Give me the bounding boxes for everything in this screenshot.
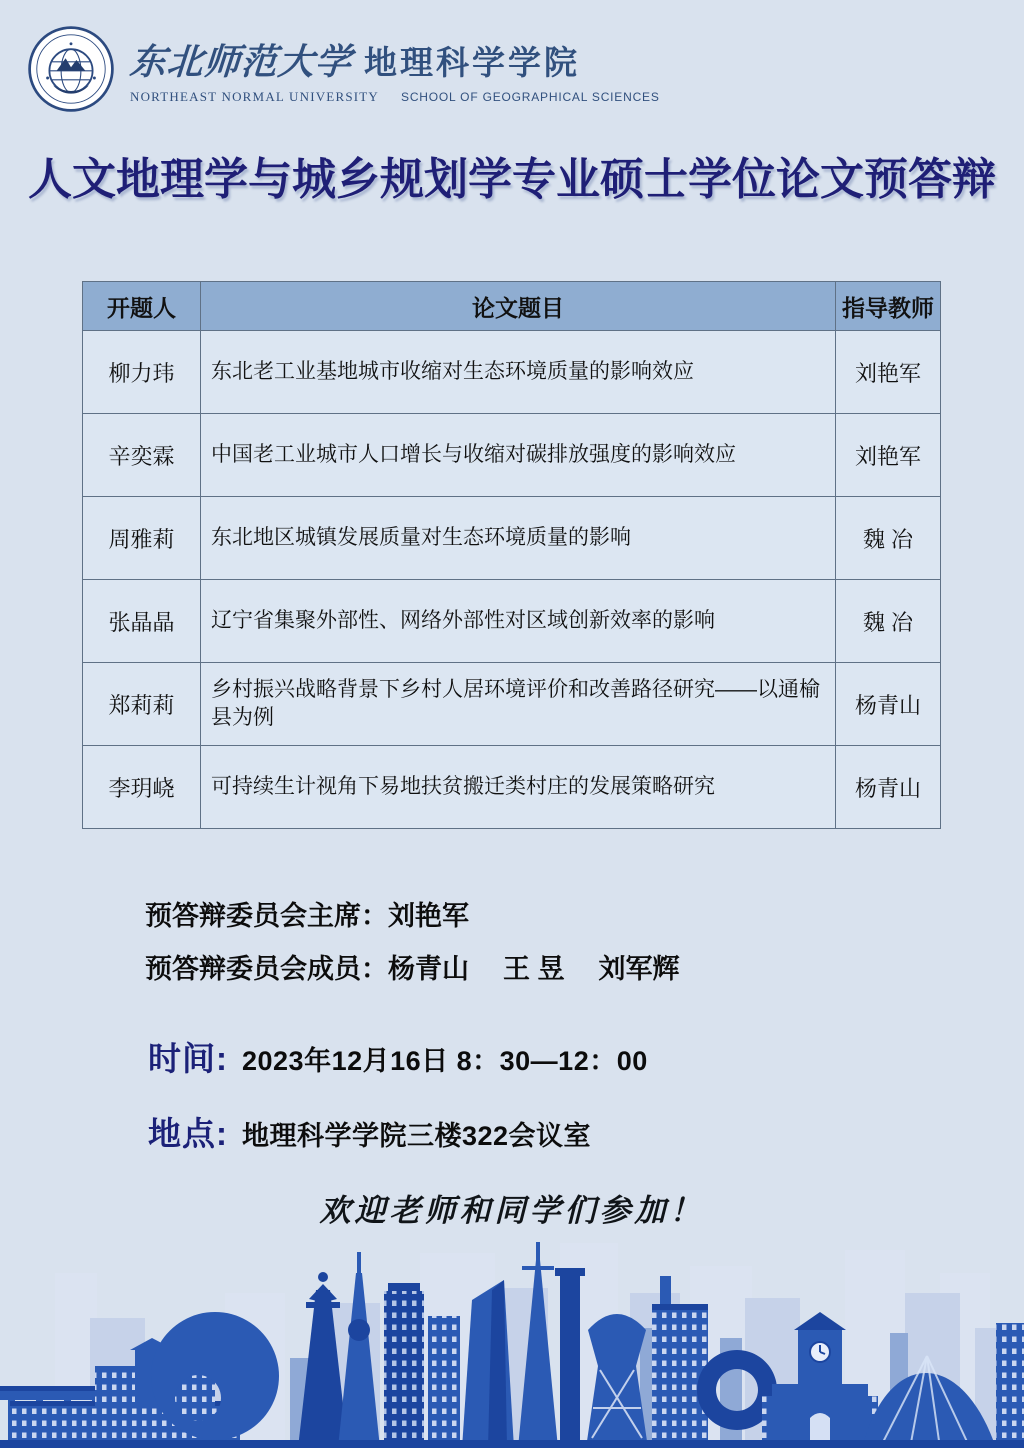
- advisor-name: 魏 冶: [836, 497, 941, 580]
- header-thesis-title: 论文题目: [201, 282, 836, 331]
- thesis-title: 可持续生计视角下易地扶贫搬迁类村庄的发展策略研究: [201, 746, 836, 829]
- committee-block: 预答辩委员会主席：刘艳军 预答辩委员会成员：杨青山王 昱刘军辉: [145, 903, 680, 983]
- table-row: 周雅莉 东北地区城镇发展质量对生态环境质量的影响 魏 冶: [83, 497, 941, 580]
- presenter-name: 周雅莉: [83, 497, 201, 580]
- table-row: 李玥峣 可持续生计视角下易地扶贫搬迁类村庄的发展策略研究 杨青山: [83, 746, 941, 829]
- thesis-title: 中国老工业城市人口增长与收缩对碳排放强度的影响效应: [201, 414, 836, 497]
- presenter-name: 张晶晶: [83, 580, 201, 663]
- advisor-name: 杨青山: [836, 663, 941, 746]
- college-name-en: SCHOOL OF GEOGRAPHICAL SCIENCES: [401, 89, 660, 105]
- committee-chair-line: 预答辩委员会主席：刘艳军: [145, 903, 680, 930]
- schedule-block: 时间: 2023年12月16日 8：30—12：00 地点: 地理科学学院三楼3…: [148, 1033, 648, 1183]
- brand-text: 东北师范大学 地理科学学院 NORTHEAST NORMAL UNIVERSIT…: [130, 34, 660, 105]
- thesis-table: 开题人 论文题目 指导教师 柳力玮 东北老工业基地城市收缩对生态环境质量的影响效…: [82, 281, 941, 829]
- time-line: 时间: 2023年12月16日 8：30—12：00: [148, 1033, 648, 1080]
- poster-page: 东北师范大学 地理科学学院 NORTHEAST NORMAL UNIVERSIT…: [0, 0, 1024, 1448]
- college-name-cn: 地理科学学院: [364, 37, 580, 84]
- header-presenter: 开题人: [83, 282, 201, 331]
- thesis-title: 乡村振兴战略背景下乡村人居环境评价和改善路径研究——以通榆县为例: [201, 663, 836, 746]
- university-name-en: NORTHEAST NORMAL UNIVERSITY: [130, 89, 379, 105]
- university-seal-icon: [26, 24, 116, 114]
- thesis-title: 辽宁省集聚外部性、网络外部性对区域创新效率的影响: [201, 580, 836, 663]
- advisor-name: 魏 冶: [836, 580, 941, 663]
- advisor-name: 杨青山: [836, 746, 941, 829]
- table-header-row: 开题人 论文题目 指导教师: [83, 282, 941, 331]
- committee-member: 刘军辉: [599, 954, 680, 984]
- time-label: 时间:: [148, 1033, 228, 1080]
- university-name-cn: 东北师范大学: [128, 34, 354, 85]
- poster-title: 人文地理学与城乡规划学专业硕士学位论文预答辩: [0, 143, 1024, 207]
- city-skyline-illustration: [0, 1238, 1024, 1448]
- table-row: 柳力玮 东北老工业基地城市收缩对生态环境质量的影响效应 刘艳军: [83, 331, 941, 414]
- presenter-name: 李玥峣: [83, 746, 201, 829]
- committee-chair-name: 刘艳军: [388, 901, 469, 931]
- committee-chair-label: 预答辩委员会主席：: [145, 901, 388, 931]
- table-row: 张晶晶 辽宁省集聚外部性、网络外部性对区域创新效率的影响 魏 冶: [83, 580, 941, 663]
- thesis-title: 东北地区城镇发展质量对生态环境质量的影响: [201, 497, 836, 580]
- advisor-name: 刘艳军: [836, 414, 941, 497]
- committee-member: 王 昱: [503, 954, 565, 984]
- venue-line: 地点: 地理科学学院三楼322会议室: [148, 1108, 648, 1155]
- advisor-name: 刘艳军: [836, 331, 941, 414]
- committee-members-label: 预答辩委员会成员：: [145, 954, 388, 984]
- thesis-title: 东北老工业基地城市收缩对生态环境质量的影响效应: [201, 331, 836, 414]
- presenter-name: 柳力玮: [83, 331, 201, 414]
- time-value: 2023年12月16日 8：30—12：00: [242, 1039, 648, 1078]
- table-row: 辛奕霖 中国老工业城市人口增长与收缩对碳排放强度的影响效应 刘艳军: [83, 414, 941, 497]
- header-advisor: 指导教师: [836, 282, 941, 331]
- committee-member: 杨青山: [388, 954, 469, 984]
- presenter-name: 辛奕霖: [83, 414, 201, 497]
- presenter-name: 郑莉莉: [83, 663, 201, 746]
- brand-header: 东北师范大学 地理科学学院 NORTHEAST NORMAL UNIVERSIT…: [26, 24, 660, 114]
- table-row: 郑莉莉 乡村振兴战略背景下乡村人居环境评价和改善路径研究——以通榆县为例 杨青山: [83, 663, 941, 746]
- welcome-message: 欢迎老师和同学们参加！: [0, 1185, 1024, 1230]
- venue-value: 地理科学学院三楼322会议室: [242, 1114, 591, 1153]
- committee-members-line: 预答辩委员会成员：杨青山王 昱刘军辉: [145, 956, 680, 983]
- venue-label: 地点:: [148, 1108, 228, 1155]
